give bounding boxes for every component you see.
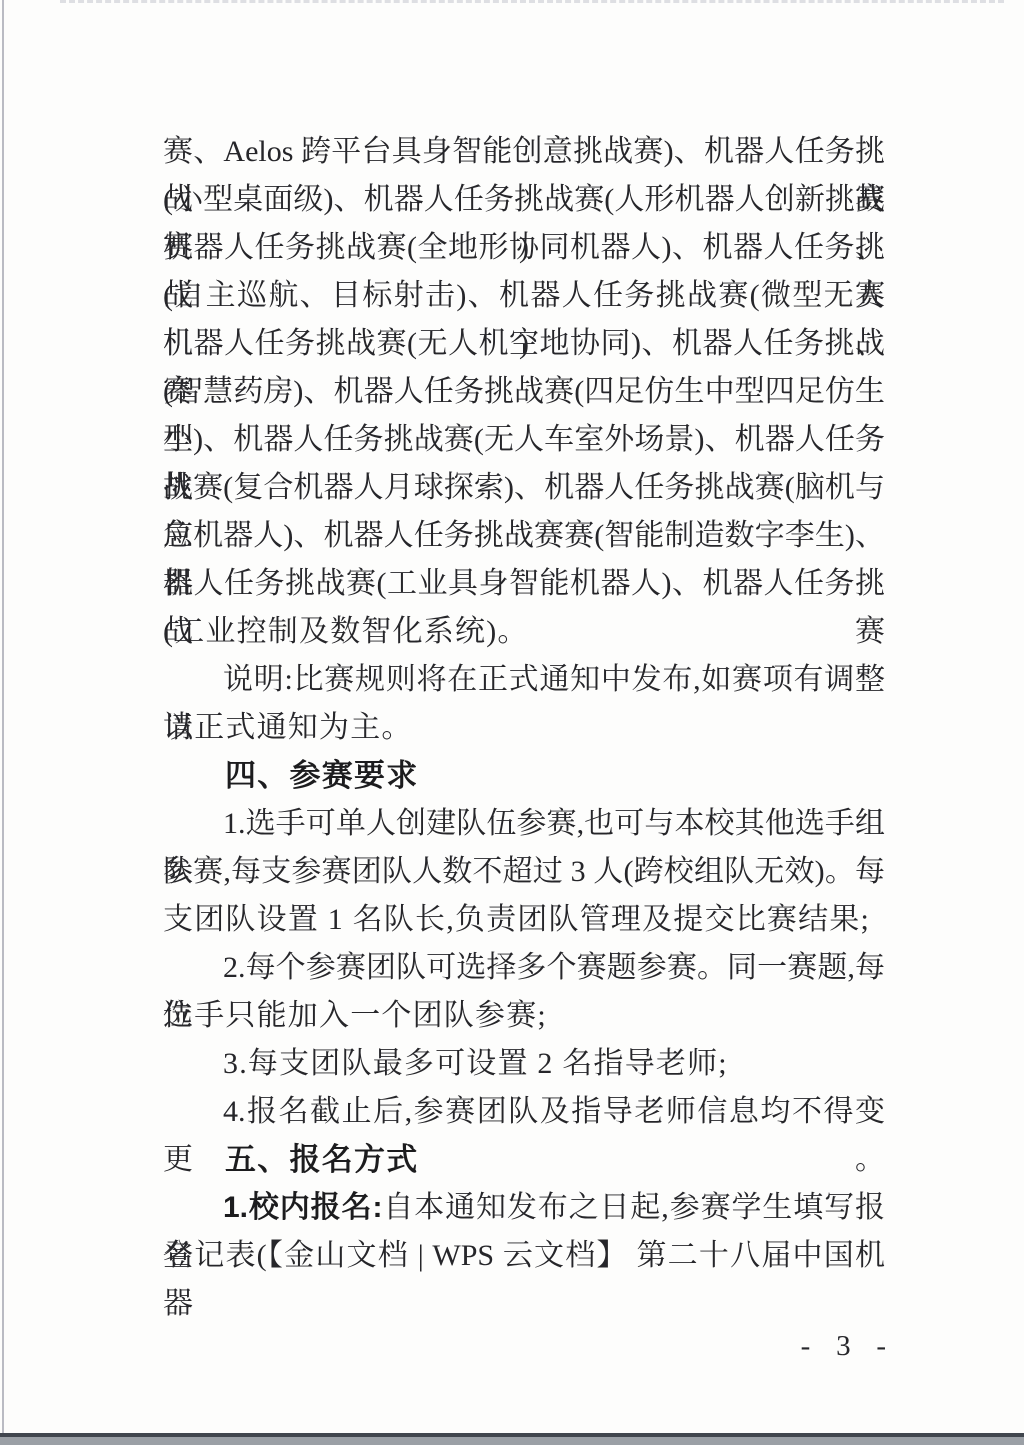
scan-bottom-edge-shadow: [0, 1433, 1024, 1445]
bold-text-run: 1.校内报名:: [223, 1191, 382, 1224]
text-line: 四、参赛要求: [163, 752, 885, 800]
scan-top-edge: [60, 0, 1004, 3]
bold-text-run: 四、参赛要求: [225, 758, 418, 793]
text-run: (工业控制及数智化系统)。: [163, 615, 529, 648]
text-line: 机器人任务挑战赛(全地形协同机器人)、机器人任务挑战赛: [163, 224, 885, 272]
text-line: 说明:比赛规则将在正式通知中发布,如赛项有调整请: [163, 656, 885, 704]
document-body: 赛、Aelos 跨平台具身智能创意挑战赛)、机器人任务挑战赛(小型桌面级)、机器…: [163, 128, 885, 1280]
text-line: 选手只能加入一个团队参赛;: [163, 992, 885, 1040]
text-line: 器人任务挑战赛(工业具身智能机器人)、机器人任务挑战赛: [163, 560, 885, 608]
text-line: (自主巡航、目标射击)、机器人任务挑战赛(微型无人机)、: [163, 272, 885, 320]
page-number: - 3 -: [788, 1330, 908, 1363]
text-line: 战赛(复合机器人月球探索)、机器人任务挑战赛(脑机与应: [163, 464, 885, 512]
text-line: 登记表(【金山文档 | WPS 云文档】 第二十八届中国机器: [163, 1232, 885, 1280]
text-run: 选手只能加入一个团队参赛;: [163, 999, 547, 1032]
text-run: 登记表(【金山文档 | WPS 云文档】 第二十八届中国机器: [163, 1239, 885, 1320]
document-page: 赛、Aelos 跨平台具身智能创意挑战赛)、机器人任务挑战赛(小型桌面级)、机器…: [0, 0, 1024, 1445]
text-line: 2.每个参赛团队可选择多个赛题参赛。同一赛题,每位: [163, 944, 885, 992]
scan-left-edge-shadow: [2, 0, 4, 1437]
text-run: 参赛,每支参赛团队人数不超过 3 人(跨校组队无效)。每: [163, 855, 885, 888]
text-line: 急机器人)、机器人任务挑战赛赛(智能制造数字李生)、机: [163, 512, 885, 560]
bold-text-run: 五、报名方式: [225, 1142, 418, 1177]
text-line: 型)、机器人任务挑战赛(无人车室外场景)、机器人任务挑: [163, 416, 885, 464]
text-line: (小型桌面级)、机器人任务挑战赛(人形机器人创新挑战赛)、: [163, 176, 885, 224]
text-run: 3.每支团队最多可设置 2 名指导老师;: [223, 1047, 728, 1080]
text-line: 3.每支团队最多可设置 2 名指导老师;: [163, 1040, 885, 1088]
text-line: 1.选手可单人创建队伍参赛,也可与本校其他选手组队: [163, 800, 885, 848]
text-line: 4.报名截止后,参赛团队及指导老师信息均不得变更。: [163, 1088, 885, 1136]
text-line: 机器人任务挑战赛(无人机空地协同)、机器人任务挑战赛: [163, 320, 885, 368]
text-line: 赛、Aelos 跨平台具身智能创意挑战赛)、机器人任务挑战赛: [163, 128, 885, 176]
text-line: 以正式通知为主。: [163, 704, 885, 752]
text-run: 支团队设置 1 名队长,负责团队管理及提交比赛结果;: [163, 903, 870, 936]
text-line: (智慧药房)、机器人任务挑战赛(四足仿生中型四足仿生小: [163, 368, 885, 416]
text-run: 以正式通知为主。: [163, 711, 413, 744]
text-line: 支团队设置 1 名队长,负责团队管理及提交比赛结果;: [163, 896, 885, 944]
text-line: 1.校内报名:自本通知发布之日起,参赛学生填写报名: [163, 1184, 885, 1232]
text-line: 参赛,每支参赛团队人数不超过 3 人(跨校组队无效)。每: [163, 848, 885, 896]
